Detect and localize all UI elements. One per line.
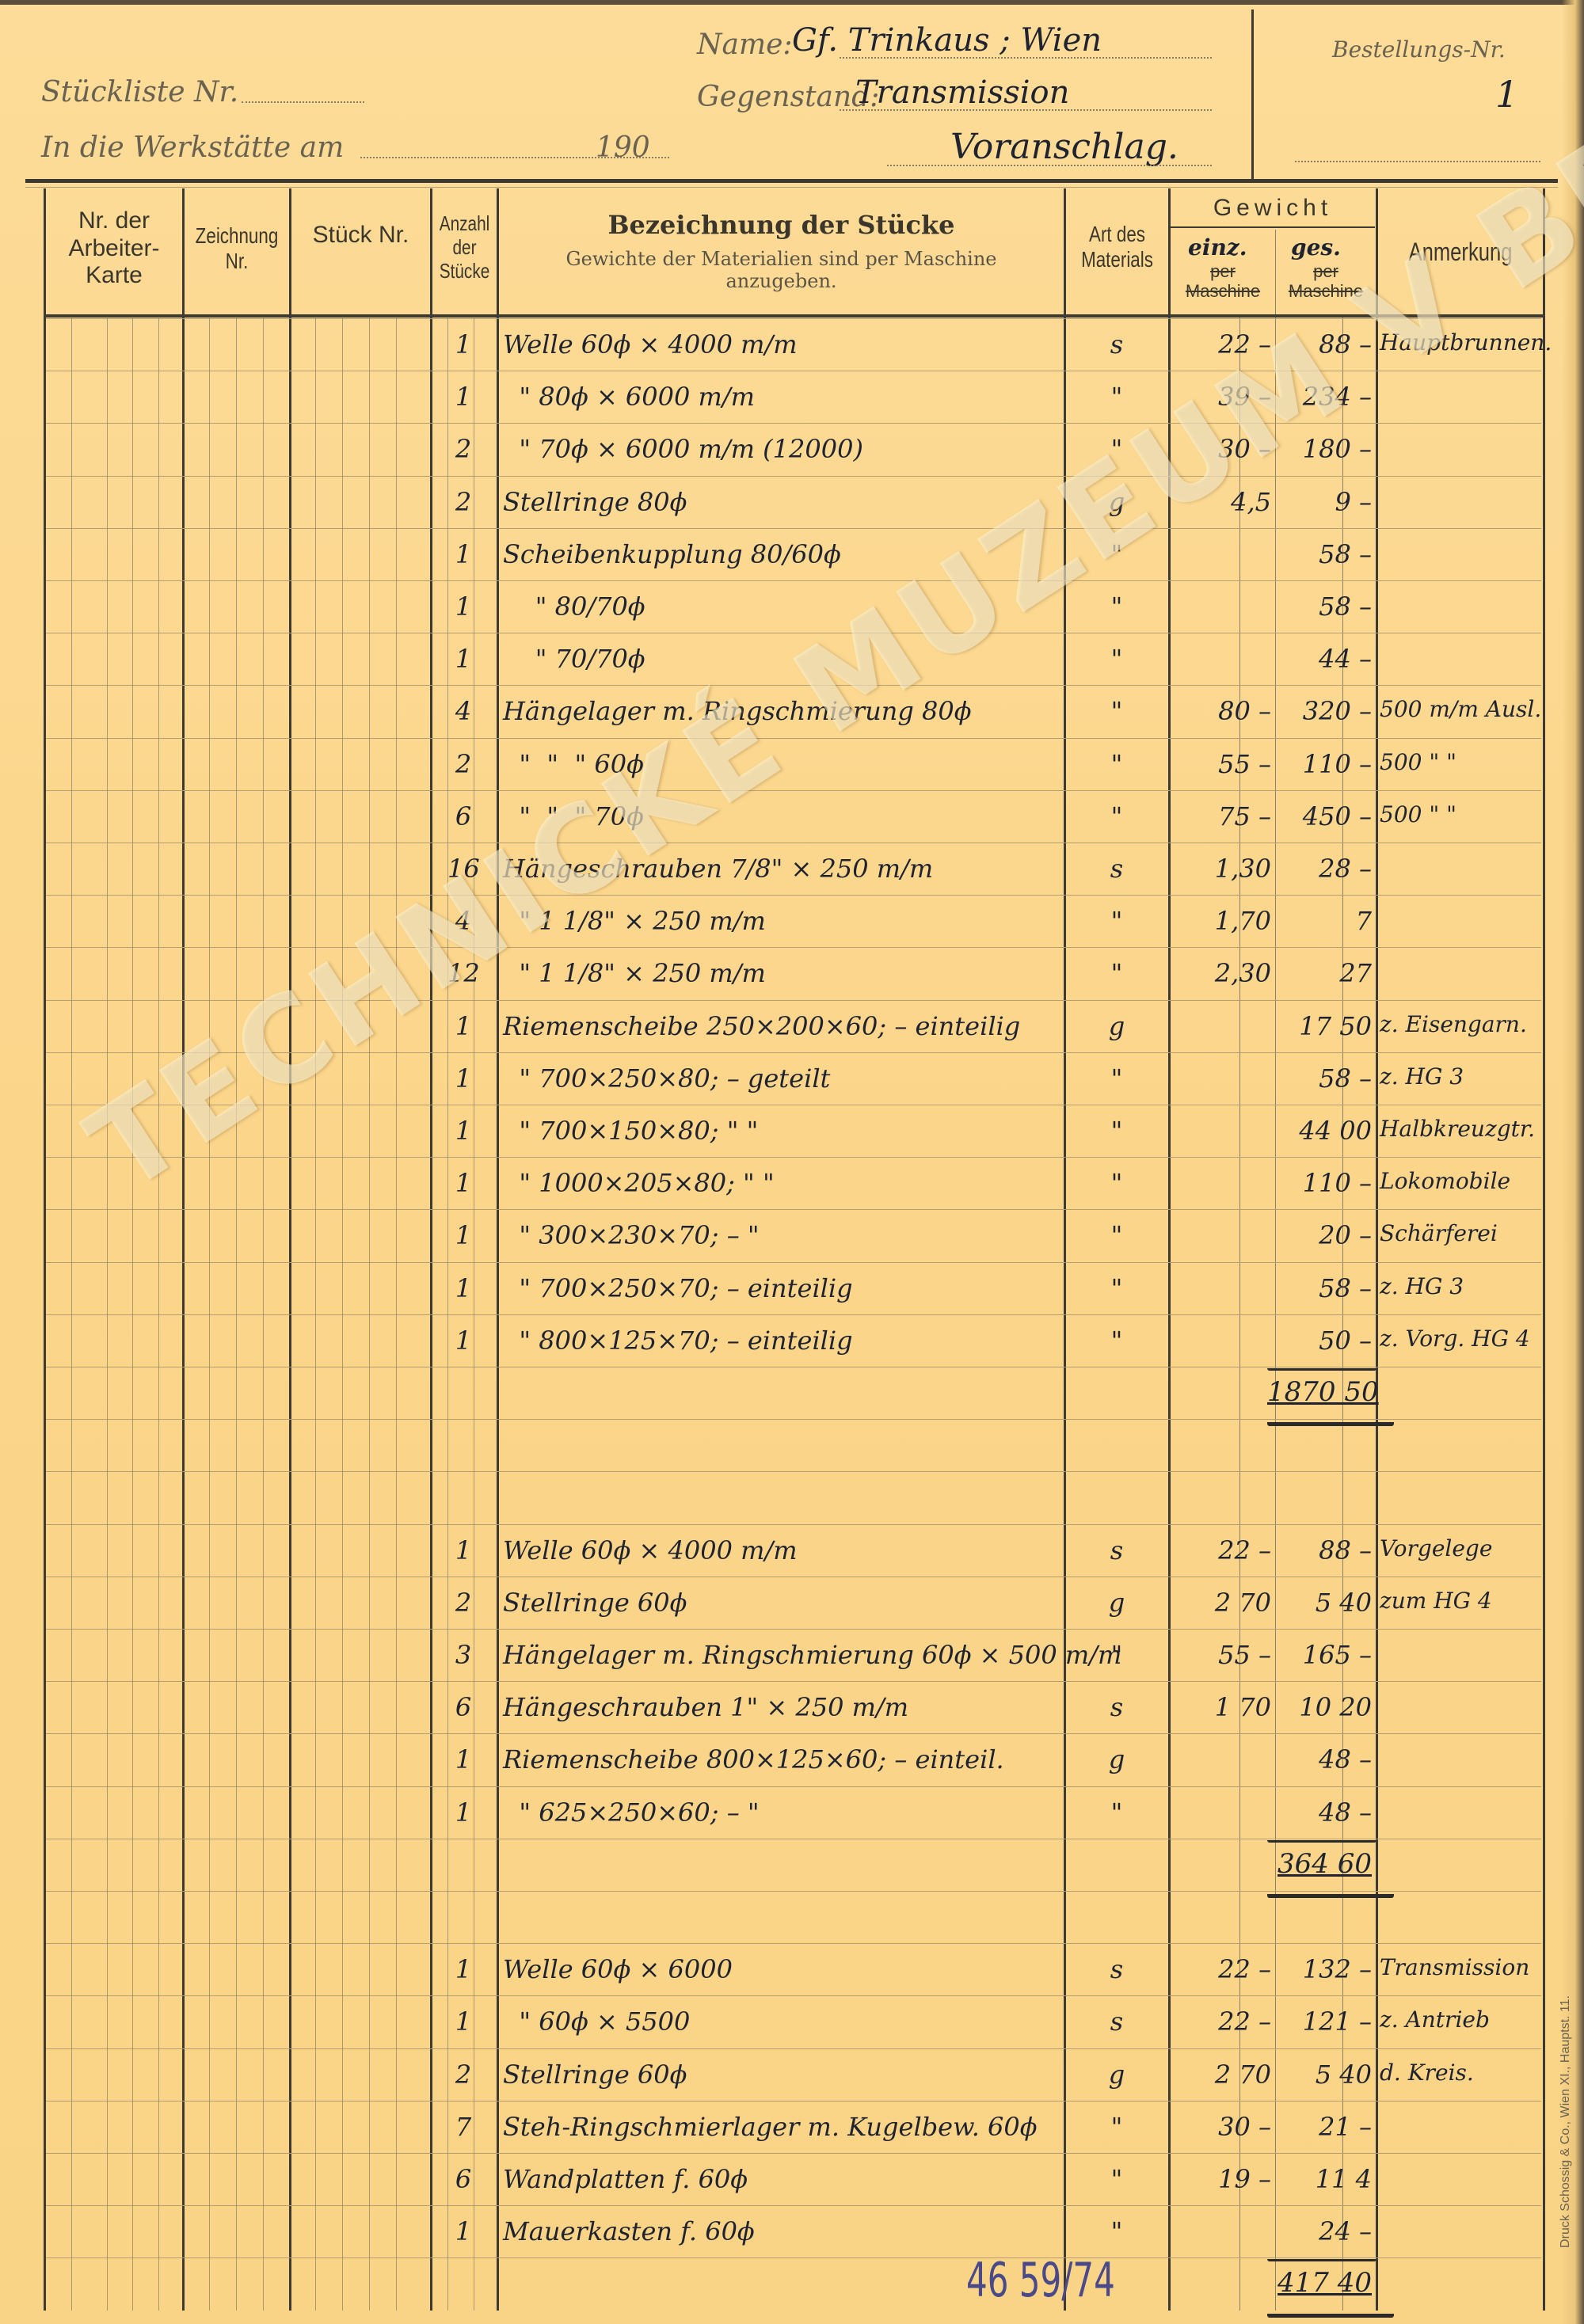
material-cell: ": [1093, 2216, 1140, 2246]
total-double-underline: [1267, 1889, 1394, 1898]
ruled-line: [46, 1681, 1541, 1682]
quantity-cell: 1: [447, 1116, 479, 1146]
col-divider-gewicht: [1275, 230, 1276, 2311]
col-header-bezeichnung: Bezeichnung der Stücke: [499, 211, 1064, 240]
unit-weight-cell: 1,70: [1172, 906, 1271, 936]
material-cell: g: [1093, 1588, 1140, 1618]
material-cell: ": [1093, 1273, 1140, 1303]
total-weight-cell: 165 –: [1277, 1640, 1372, 1670]
description-cell: Welle 60ϕ × 4000 m/m: [503, 1535, 798, 1565]
total-weight-cell: 44 00: [1277, 1116, 1372, 1146]
name-label: Name:: [697, 29, 793, 61]
remark-cell: Halbkreuzgtr.: [1380, 1116, 1535, 1142]
description-cell: " 70/70ϕ: [503, 644, 645, 674]
material-cell: s: [1093, 1535, 1140, 1565]
ruled-line: [46, 895, 1541, 896]
total-weight-cell: 58 –: [1277, 591, 1372, 622]
remark-cell: z. HG 3: [1380, 1063, 1464, 1090]
total-weight-cell: 5 40: [1277, 2060, 1372, 2090]
material-cell: g: [1093, 2060, 1140, 2090]
ruled-line: [46, 1577, 1541, 1577]
material-cell: ": [1093, 696, 1140, 726]
quantity-cell: 1: [447, 1954, 479, 1984]
ruled-column: [107, 317, 108, 2311]
total-weight-cell: 320 –: [1277, 696, 1372, 726]
ruled-column: [342, 317, 343, 2311]
material-cell: ": [1093, 958, 1140, 988]
werkstaette-label: In die Werkstätte am: [41, 131, 344, 164]
quantity-cell: 1: [447, 1326, 479, 1356]
col-header-arbeiter: Nr. der Arbeiter-Karte: [46, 207, 182, 290]
ruled-column: [369, 317, 370, 2311]
quantity-cell: 4: [447, 696, 479, 726]
unit-weight-cell: 30 –: [1172, 2112, 1271, 2142]
quantity-cell: 2: [447, 749, 479, 779]
bestellung-field: [1295, 161, 1540, 162]
ruled-line: [46, 2101, 1541, 2101]
col-header-gewicht: Gewicht: [1171, 195, 1375, 223]
printer-imprint: Druck Schossig & Co., Wien XI., Hauptst.…: [1559, 1995, 1573, 2248]
year-prefix: 190: [596, 131, 650, 164]
remark-cell: z. Vorg. HG 4: [1380, 1326, 1530, 1352]
ruled-line: [46, 528, 1541, 529]
material-cell: ": [1093, 2164, 1140, 2194]
description-cell: Welle 60ϕ × 6000: [503, 1954, 733, 1984]
quantity-cell: 2: [447, 1588, 479, 1618]
total-weight-cell: 7: [1277, 906, 1372, 936]
description-cell: Mauerkasten f. 60ϕ: [503, 2216, 755, 2246]
description-cell: Riemenscheibe 250×200×60; – einteilig: [503, 1011, 1020, 1041]
material-cell: s: [1093, 854, 1140, 884]
ruled-line: [46, 1629, 1541, 1630]
material-cell: ": [1093, 1220, 1140, 1250]
description-cell: Hängeschrauben 1" × 250 m/m: [503, 1692, 908, 1722]
unit-weight-cell: 2 70: [1172, 2060, 1271, 2090]
total-weight-cell: 450 –: [1277, 801, 1372, 831]
quantity-cell: 6: [447, 1692, 479, 1722]
unit-weight-cell: 22 –: [1172, 2006, 1271, 2037]
quantity-cell: 1: [447, 591, 479, 622]
material-cell: g: [1093, 1744, 1140, 1774]
material-cell: s: [1093, 329, 1140, 359]
ruled-column: [236, 317, 237, 2311]
description-cell: Steh-Ringschmierlager m. Kugelbew. 60ϕ: [503, 2112, 1038, 2142]
ruled-line: [46, 947, 1541, 948]
material-cell: s: [1093, 1692, 1140, 1722]
material-cell: ": [1093, 1168, 1140, 1198]
description-cell: " 80ϕ × 6000 m/m: [503, 382, 755, 412]
total-weight-cell: 5 40: [1277, 1588, 1372, 1618]
ruled-line: [46, 842, 1541, 843]
col-divider: [497, 188, 499, 2311]
header-rule: [25, 179, 1558, 183]
ruled-line: [46, 1157, 1541, 1158]
total-weight-cell: 11 4: [1277, 2164, 1372, 2194]
total-weight-cell: 58 –: [1277, 1273, 1372, 1303]
section-total: 1870 50: [1267, 1376, 1372, 1408]
col-divider: [289, 188, 291, 2311]
total-weight-cell: 132 –: [1277, 1954, 1372, 1984]
description-cell: " 1 1/8" × 250 m/m: [503, 958, 766, 988]
ruled-line: [46, 1995, 1541, 1996]
description-cell: " 700×250×80; – geteilt: [503, 1063, 830, 1094]
name-value: Gf. Trinkaus ; Wien: [792, 22, 1102, 59]
ruled-column: [158, 317, 159, 2311]
quantity-cell: 1: [447, 644, 479, 674]
sum-underline: [1267, 1835, 1376, 1843]
col-header-material: Art des Materials: [1076, 222, 1158, 272]
material-cell: ": [1093, 1116, 1140, 1146]
description-cell: Hängelager m. Ringschmierung 60ϕ × 500 m…: [503, 1640, 1121, 1670]
description-cell: " 60ϕ × 5500: [503, 2006, 690, 2037]
quantity-cell: 1: [447, 382, 479, 412]
total-weight-cell: 17 50: [1277, 1011, 1372, 1041]
table-border-left: [44, 188, 46, 2311]
ruled-line: [46, 1733, 1541, 1734]
ruled-column: [71, 317, 72, 2311]
ruled-line: [46, 476, 1541, 477]
quantity-cell: 1: [447, 1273, 479, 1303]
unit-weight-cell: 55 –: [1172, 1640, 1271, 1670]
col-divider: [430, 188, 432, 2311]
total-double-underline: [1267, 1417, 1394, 1426]
total-weight-cell: 50 –: [1277, 1326, 1372, 1356]
ruled-line: [46, 2153, 1541, 2154]
quantity-cell: 1: [447, 2216, 479, 2246]
ruled-line: [46, 1314, 1541, 1315]
gegenstand-label: Gegenstand:: [697, 81, 879, 113]
quantity-cell: 1: [447, 1535, 479, 1565]
material-cell: ": [1093, 2112, 1140, 2142]
col-header-ges: ges.: [1291, 234, 1341, 261]
total-weight-cell: 44 –: [1277, 644, 1372, 674]
quantity-cell: 7: [447, 2112, 479, 2142]
ruled-line: [46, 1209, 1541, 1210]
archive-number: 46 59/74: [966, 2253, 1115, 2308]
total-weight-cell: 28 –: [1277, 854, 1372, 884]
material-cell: ": [1093, 801, 1140, 831]
quantity-cell: 2: [447, 487, 479, 517]
ruled-column: [263, 317, 264, 2311]
section-total: 364 60: [1267, 1848, 1372, 1880]
ruled-column: [396, 317, 397, 2311]
quantity-cell: 2: [447, 434, 479, 464]
description-cell: " 800×125×70; – einteilig: [503, 1326, 853, 1356]
sum-underline: [1267, 2254, 1376, 2261]
total-weight-cell: 21 –: [1277, 2112, 1372, 2142]
material-cell: ": [1093, 906, 1140, 936]
total-weight-cell: 110 –: [1277, 749, 1372, 779]
ruled-line: [46, 1524, 1541, 1525]
col-header-zeichnung: Zeichnung Nr.: [195, 223, 279, 274]
quantity-cell: 6: [447, 801, 479, 831]
material-cell: g: [1093, 1011, 1140, 1041]
total-weight-cell: 48 –: [1277, 1744, 1372, 1774]
remark-cell: 500 m/m Ausl.: [1380, 696, 1541, 722]
quantity-cell: 1: [447, 1797, 479, 1828]
gewicht-rule: [1171, 226, 1375, 228]
description-cell: Stellringe 80ϕ: [503, 487, 687, 517]
page-top-edge: [0, 0, 1584, 5]
page-right-edge: [1562, 0, 1584, 2324]
col-header-per-maschine-1: per Maschine: [1172, 261, 1274, 302]
remark-cell: Vorgelege: [1380, 1535, 1492, 1561]
remark-cell: z. Antrieb: [1380, 2006, 1490, 2033]
total-weight-cell: 48 –: [1277, 1797, 1372, 1828]
quantity-cell: 3: [447, 1640, 479, 1670]
total-weight-cell: 10 20: [1277, 1692, 1372, 1722]
stueckliste-field: [242, 101, 364, 103]
ruled-column: [132, 317, 133, 2311]
header-divider: [1251, 10, 1254, 180]
stueckliste-label: Stückliste Nr.: [41, 76, 238, 108]
col-header-anzahl: Anzahl der Stücke: [439, 212, 490, 283]
total-weight-cell: 58 –: [1277, 539, 1372, 569]
quantity-cell: 6: [447, 2164, 479, 2194]
ruled-line: [46, 1471, 1541, 1472]
col-divider: [1376, 188, 1378, 2311]
material-cell: ": [1093, 1326, 1140, 1356]
ruled-column: [209, 317, 210, 2311]
remark-cell: d. Kreis.: [1380, 2060, 1474, 2086]
gegenstand-value: Transmission: [855, 74, 1069, 111]
remark-cell: z. Eisengarn.: [1380, 1011, 1527, 1037]
description-cell: " 700×250×70; – einteilig: [503, 1273, 853, 1303]
unit-weight-cell: 22 –: [1172, 1535, 1271, 1565]
bestellung-label: Bestellungs-Nr.: [1332, 36, 1506, 63]
unit-weight-cell: 22 –: [1172, 1954, 1271, 1984]
col-divider: [182, 188, 185, 2311]
description-cell: Scheibenkupplung 80/60ϕ: [503, 539, 841, 569]
col-header-stueck: Stück Nr.: [291, 222, 430, 249]
description-cell: " 300×230×70; – ": [503, 1220, 760, 1250]
section-total: 417 40: [1267, 2267, 1372, 2299]
total-weight-cell: 88 –: [1277, 1535, 1372, 1565]
unit-weight-cell: 75 –: [1172, 801, 1271, 831]
total-weight-cell: 24 –: [1277, 2216, 1372, 2246]
description-cell: Welle 60ϕ × 4000 m/m: [503, 329, 798, 359]
description-cell: " 700×150×80; " ": [503, 1116, 758, 1146]
name-field: [840, 57, 1212, 59]
description-cell: " 1000×205×80; " ": [503, 1168, 775, 1198]
ruled-line: [46, 2205, 1541, 2206]
total-double-underline: [1267, 2309, 1394, 2318]
unit-weight-cell: 19 –: [1172, 2164, 1271, 2194]
description-cell: Stellringe 60ϕ: [503, 1588, 687, 1618]
material-cell: s: [1093, 2006, 1140, 2037]
document-page: Stückliste Nr. In die Werkstätte am 190 …: [0, 0, 1584, 2324]
header-rule-thin: [25, 187, 1558, 188]
table-border-right: [1543, 188, 1545, 2311]
total-weight-cell: 58 –: [1277, 1063, 1372, 1094]
quantity-cell: 1: [447, 1168, 479, 1198]
col-header-einz: einz.: [1188, 234, 1247, 261]
unit-weight-cell: 1,30: [1172, 854, 1271, 884]
remark-cell: Transmission: [1380, 1954, 1529, 1980]
material-cell: s: [1093, 1954, 1140, 1984]
material-cell: ": [1093, 382, 1140, 412]
total-weight-cell: 20 –: [1277, 1220, 1372, 1250]
quantity-cell: 1: [447, 1063, 479, 1094]
total-weight-cell: 110 –: [1277, 1168, 1372, 1198]
ruled-column: [315, 317, 316, 2311]
unit-weight-cell: 2,30: [1172, 958, 1271, 988]
ruled-line: [46, 1262, 1541, 1263]
quantity-cell: 1: [447, 1744, 479, 1774]
unit-weight-cell: 1 70: [1172, 1692, 1271, 1722]
quantity-cell: 1: [447, 539, 479, 569]
description-cell: " 625×250×60; – ": [503, 1797, 760, 1828]
description-cell: Stellringe 60ϕ: [503, 2060, 687, 2090]
unit-weight-cell: 80 –: [1172, 696, 1271, 726]
total-weight-cell: 27: [1277, 958, 1372, 988]
unit-weight-cell: 55 –: [1172, 749, 1271, 779]
material-cell: ": [1093, 1797, 1140, 1828]
material-cell: ": [1093, 749, 1140, 779]
ruled-line: [46, 2048, 1541, 2049]
ruled-line: [46, 580, 1541, 581]
total-weight-cell: 9 –: [1277, 487, 1372, 517]
quantity-cell: 1: [447, 2006, 479, 2037]
quantity-cell: 2: [447, 2060, 479, 2090]
material-cell: ": [1093, 644, 1140, 674]
gegenstand-field: [840, 109, 1212, 111]
description-cell: Riemenscheibe 800×125×60; – einteil.: [503, 1744, 1004, 1774]
remark-cell: Lokomobile: [1380, 1168, 1510, 1194]
material-cell: ": [1093, 1063, 1140, 1094]
total-weight-cell: 121 –: [1277, 2006, 1372, 2037]
description-cell: " 80/70ϕ: [503, 591, 645, 622]
unit-weight-cell: 2 70: [1172, 1588, 1271, 1618]
remark-cell: 500 " ": [1380, 801, 1456, 827]
ruled-line: [46, 1786, 1541, 1787]
remark-cell: 500 " ": [1380, 749, 1456, 775]
description-cell: Wandplatten f. 60ϕ: [503, 2164, 748, 2194]
remark-cell: zum HG 4: [1380, 1588, 1492, 1614]
quantity-cell: 1: [447, 1220, 479, 1250]
remark-cell: z. HG 3: [1380, 1273, 1464, 1299]
ruled-line: [46, 1943, 1541, 1944]
quantity-cell: 1: [447, 329, 479, 359]
gegenstand-field-2: [887, 165, 1212, 166]
sum-underline: [1267, 1364, 1376, 1371]
description-cell: " 70ϕ × 6000 m/m (12000): [503, 434, 863, 464]
remark-cell: Schärferei: [1380, 1220, 1498, 1246]
col-header-bezeichnung-sub: Gewichte der Materialien sind per Maschi…: [539, 249, 1024, 292]
bestellung-value: 1: [1495, 73, 1518, 116]
gegenstand-value-2: Voranschlag.: [950, 127, 1178, 167]
material-cell: ": [1093, 1640, 1140, 1670]
